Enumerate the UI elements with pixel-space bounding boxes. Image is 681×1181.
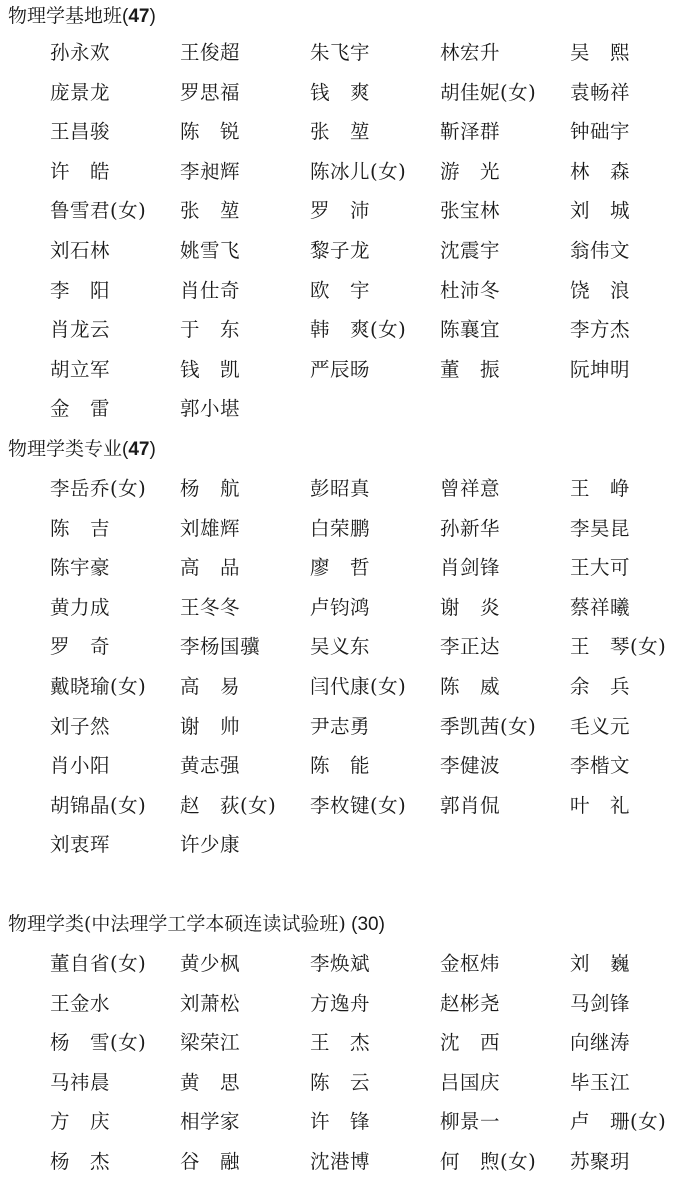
student-name: 沈 西: [440, 1023, 570, 1063]
student-name: 马剑锋: [570, 984, 681, 1024]
student-name: 董 振: [440, 350, 570, 390]
student-name: 何 煦(女): [440, 1142, 570, 1181]
student-name: 林宏升: [440, 33, 570, 73]
student-name: 陈 威: [440, 667, 570, 707]
student-name: 吕国庆: [440, 1063, 570, 1103]
student-name: 游 光: [440, 152, 570, 192]
student-name: 庞景龙: [50, 73, 180, 113]
student-name: 许少康: [180, 825, 310, 865]
paren-close: ): [149, 439, 155, 460]
student-name: 罗 沛: [310, 191, 440, 231]
student-name: 孙新华: [440, 509, 570, 549]
student-name: 袁畅祥: [570, 73, 681, 113]
student-name: 姚雪飞: [180, 231, 310, 271]
student-name: 卢钧鸿: [310, 588, 440, 628]
student-name: 方 庆: [50, 1102, 180, 1142]
section-heading-physics-base-class: 物理学基地班(47): [8, 1, 156, 31]
student-name: 高 易: [180, 667, 310, 707]
student-name: 马祎晨: [50, 1063, 180, 1103]
student-name: 肖龙云: [50, 310, 180, 350]
student-name: 钱 爽: [310, 73, 440, 113]
student-name: 吴 熙: [570, 33, 681, 73]
student-name: 赵彬尧: [440, 984, 570, 1024]
paren-close: ): [379, 914, 385, 935]
student-name: 李岳乔(女): [50, 469, 180, 509]
student-name: 朱飞宇: [310, 33, 440, 73]
student-name: 王 杰: [310, 1023, 440, 1063]
student-name: 王冬冬: [180, 588, 310, 628]
student-name: 曾祥意: [440, 469, 570, 509]
student-name: 郭小堪: [180, 389, 310, 429]
student-name: 钱 凯: [180, 350, 310, 390]
student-name: 陈 云: [310, 1063, 440, 1103]
student-name: 严辰旸: [310, 350, 440, 390]
student-name: 沈震宇: [440, 231, 570, 271]
section-count: 30: [357, 914, 378, 935]
student-name: 鲁雪君(女): [50, 191, 180, 231]
student-name: 李杨国骥: [180, 627, 310, 667]
student-name: 李 阳: [50, 271, 180, 311]
student-name: 陈宇豪: [50, 548, 180, 588]
student-name: 卢 珊(女): [570, 1102, 681, 1142]
student-name: 黄少枫: [180, 944, 310, 984]
student-name: 胡佳妮(女): [440, 73, 570, 113]
student-name: 季凯茜(女): [440, 707, 570, 747]
student-name: 陈 吉: [50, 509, 180, 549]
student-name: 彭昭真: [310, 469, 440, 509]
student-name: 毛义元: [570, 707, 681, 747]
section-title: 物理学类(中法理学工学本硕连读试验班): [8, 913, 346, 935]
student-name: 钟础宇: [570, 112, 681, 152]
student-name: 王俊超: [180, 33, 310, 73]
student-name: 余 兵: [570, 667, 681, 707]
student-name: 杨 雪(女): [50, 1023, 180, 1063]
student-name: 郭肖侃: [440, 786, 570, 826]
student-name: 戴晓瑜(女): [50, 667, 180, 707]
student-name: 柳景一: [440, 1102, 570, 1142]
student-name: 张 堃: [310, 112, 440, 152]
student-name: 胡立军: [50, 350, 180, 390]
student-name: 金枢炜: [440, 944, 570, 984]
student-name: 刘 巍: [570, 944, 681, 984]
student-name: 王大可: [570, 548, 681, 588]
name-list-physics-major: 李岳乔(女)杨 航彭昭真曾祥意王 峥陈 吉刘雄辉白荣鹏孙新华李昊昆陈宇豪高 品廖…: [50, 469, 681, 865]
student-name: 李楷文: [570, 746, 681, 786]
student-name: 李昊昆: [570, 509, 681, 549]
section-title: 物理学基地班: [8, 5, 122, 27]
student-name: 饶 浪: [570, 271, 681, 311]
student-name: 林 森: [570, 152, 681, 192]
student-name: 靳泽群: [440, 112, 570, 152]
student-name: 陈 能: [310, 746, 440, 786]
student-name: 李正达: [440, 627, 570, 667]
student-name: 刘石林: [50, 231, 180, 271]
student-name: 陈冰儿(女): [310, 152, 440, 192]
paren-close: ): [149, 6, 155, 27]
student-name: 张宝林: [440, 191, 570, 231]
student-name: 李方杰: [570, 310, 681, 350]
student-name: 陈襄宜: [440, 310, 570, 350]
name-list-sino-french-class: 董自省(女)黄少枫李焕斌金枢炜刘 巍王金水刘萧松方逸舟赵彬尧马剑锋杨 雪(女)梁…: [50, 944, 681, 1181]
student-name: 肖剑锋: [440, 548, 570, 588]
student-name: 孙永欢: [50, 33, 180, 73]
section-heading-sino-french-class: 物理学类(中法理学工学本硕连读试验班) (30): [8, 909, 385, 939]
student-name: 谢 帅: [180, 707, 310, 747]
student-name: 李昶辉: [180, 152, 310, 192]
student-name: 李枚键(女): [310, 786, 440, 826]
student-name: 杨 杰: [50, 1142, 180, 1181]
student-name: 赵 荻(女): [180, 786, 310, 826]
student-name: 黎子龙: [310, 231, 440, 271]
section-count: 47: [128, 439, 149, 460]
student-name: 廖 哲: [310, 548, 440, 588]
student-name: 于 东: [180, 310, 310, 350]
student-name: 苏聚玥: [570, 1142, 681, 1181]
student-name: 黄 思: [180, 1063, 310, 1103]
student-name: 欧 宇: [310, 271, 440, 311]
student-name: 阮坤明: [570, 350, 681, 390]
student-name: 王金水: [50, 984, 180, 1024]
name-list-physics-base-class: 孙永欢王俊超朱飞宇林宏升吴 熙庞景龙罗思福钱 爽胡佳妮(女)袁畅祥王昌骏陈 锐张…: [50, 33, 681, 429]
student-name: 韩 爽(女): [310, 310, 440, 350]
student-name: 张 堃: [180, 191, 310, 231]
student-name: 许 锋: [310, 1102, 440, 1142]
student-name: 刘雄辉: [180, 509, 310, 549]
student-name: 闫代康(女): [310, 667, 440, 707]
student-name: 杜沛冬: [440, 271, 570, 311]
section-title: 物理学类专业: [8, 438, 122, 460]
student-name: 肖小阳: [50, 746, 180, 786]
student-name: 肖仕奇: [180, 271, 310, 311]
student-name: 翁伟文: [570, 231, 681, 271]
student-name: 王昌骏: [50, 112, 180, 152]
student-name: 罗思福: [180, 73, 310, 113]
student-name: 黄志强: [180, 746, 310, 786]
student-name: 李健波: [440, 746, 570, 786]
student-name: 蔡祥曦: [570, 588, 681, 628]
student-name: 罗 奇: [50, 627, 180, 667]
student-name: 金 雷: [50, 389, 180, 429]
section-heading-physics-major: 物理学类专业(47): [8, 434, 156, 464]
student-name: 白荣鹏: [310, 509, 440, 549]
student-name: 尹志勇: [310, 707, 440, 747]
student-name: 向继涛: [570, 1023, 681, 1063]
student-name: 陈 锐: [180, 112, 310, 152]
student-name: 相学家: [180, 1102, 310, 1142]
student-name: 方逸舟: [310, 984, 440, 1024]
student-name: 梁荣江: [180, 1023, 310, 1063]
student-name: 胡锦晶(女): [50, 786, 180, 826]
paren-open: (: [346, 914, 358, 935]
student-name: 高 品: [180, 548, 310, 588]
student-name: 董自省(女): [50, 944, 180, 984]
student-name: 谢 炎: [440, 588, 570, 628]
student-name: 叶 礼: [570, 786, 681, 826]
student-name: 刘子然: [50, 707, 180, 747]
student-name: 刘萧松: [180, 984, 310, 1024]
section-count: 47: [128, 6, 149, 27]
student-name: 吴义东: [310, 627, 440, 667]
student-name: 刘衷珲: [50, 825, 180, 865]
student-name: 黄力成: [50, 588, 180, 628]
student-name: 毕玉江: [570, 1063, 681, 1103]
student-name: 沈港博: [310, 1142, 440, 1181]
student-name: 刘 城: [570, 191, 681, 231]
student-name: 许 皓: [50, 152, 180, 192]
student-name: 王 琴(女): [570, 627, 681, 667]
student-name: 谷 融: [180, 1142, 310, 1181]
student-name: 李焕斌: [310, 944, 440, 984]
student-name: 王 峥: [570, 469, 681, 509]
student-name: 杨 航: [180, 469, 310, 509]
